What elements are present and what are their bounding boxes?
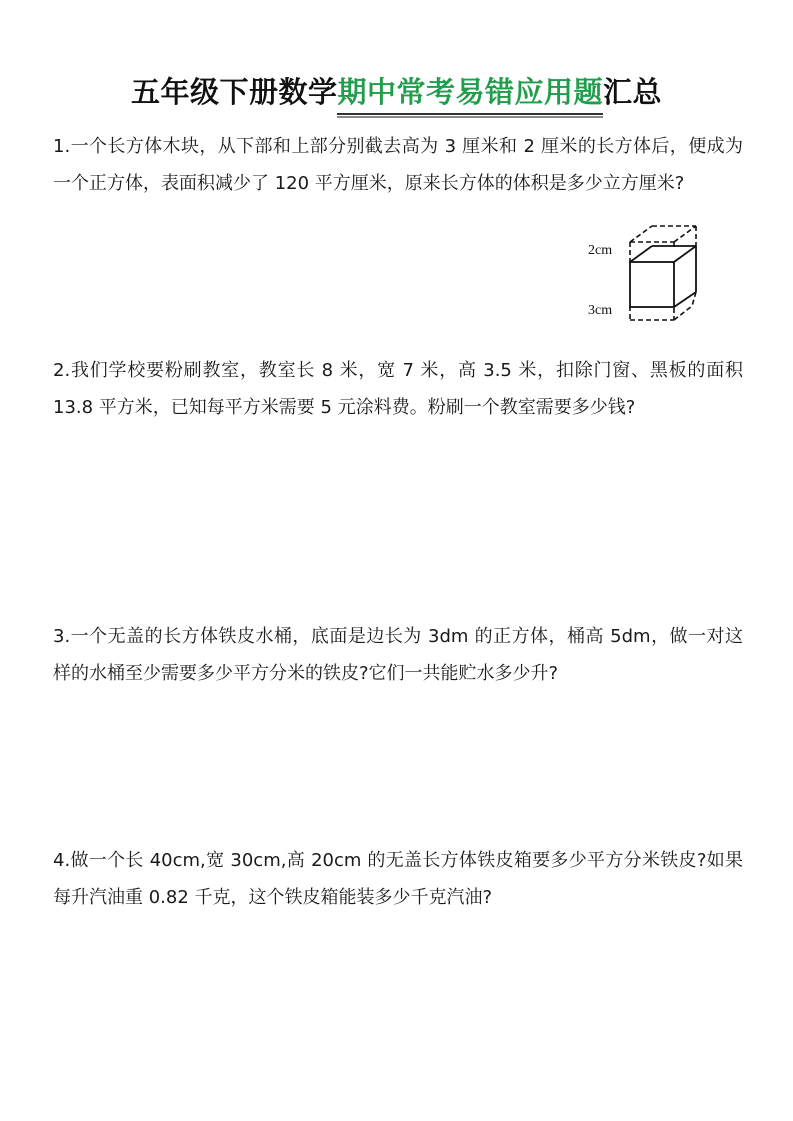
page-title: 五年级下册数学期中常考易错应用题汇总	[0, 72, 793, 112]
question-number: 1.	[53, 136, 70, 157]
question-text: 一个长方体木块，从下部和上部分别截去高为 3 厘米和 2 厘米的长方体后，便成为…	[53, 136, 743, 194]
label-2cm: 2cm	[588, 243, 612, 259]
question-number: 3.	[53, 626, 70, 647]
question-text: 我们学校要粉刷教室，教室长 8 米，宽 7 米，高 3.5 米，扣除门窗、黑板的…	[53, 360, 743, 418]
title-part-summary: 汇总	[603, 75, 662, 109]
question-text: 做一个长 40cm,宽 30cm,高 20cm 的无盖长方体铁皮箱要多少平方分米…	[53, 850, 743, 908]
question-1: 1.一个长方体木块，从下部和上部分别截去高为 3 厘米和 2 厘米的长方体后，便…	[53, 128, 743, 202]
title-part-grade: 五年级下册数学	[131, 75, 338, 109]
question-number: 2.	[53, 360, 70, 381]
question-4: 4.做一个长 40cm,宽 30cm,高 20cm 的无盖长方体铁皮箱要多少平方…	[53, 842, 743, 916]
title-part-highlight: 期中常考易错应用题	[337, 72, 603, 112]
label-3cm: 3cm	[588, 303, 612, 319]
question-text: 一个无盖的长方体铁皮水桶，底面是边长为 3dm 的正方体，桶高 5dm，做一对这…	[53, 626, 743, 684]
question-2: 2.我们学校要粉刷教室，教室长 8 米，宽 7 米，高 3.5 米，扣除门窗、黑…	[53, 352, 743, 426]
question-number: 4.	[53, 850, 70, 871]
cuboid-diagram: 2cm 3cm	[580, 218, 710, 328]
question-3: 3.一个无盖的长方体铁皮水桶，底面是边长为 3dm 的正方体，桶高 5dm，做一…	[53, 618, 743, 692]
